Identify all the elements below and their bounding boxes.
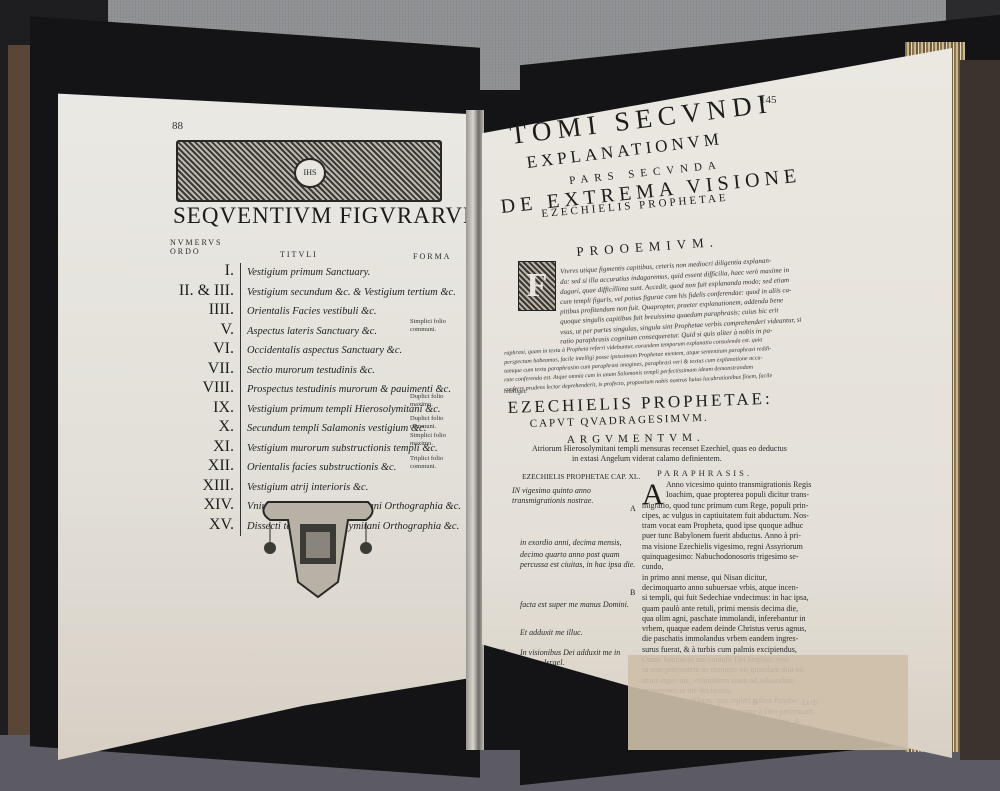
side-marker-a: A xyxy=(630,504,636,513)
ihs-emblem-icon: IHS xyxy=(294,158,326,188)
ornamental-headpiece: IHS xyxy=(176,140,442,202)
text-verse: facta est super me manus Domini. xyxy=(520,600,640,610)
form-note: Triplici folio communi. xyxy=(410,455,456,471)
paraphrasis-title: PARAPHRASIS. xyxy=(657,468,752,478)
right-page: 145 TOMI SECVNDI EXPLANATIONVM PARS SECV… xyxy=(482,48,952,758)
prooemium-title: PROOEMIVM. xyxy=(576,234,719,260)
form-note: Simplici folio maximo. xyxy=(410,432,456,448)
book-gutter xyxy=(466,110,484,750)
figures-table-title: SEQVENTIVM FIGVRARVM xyxy=(173,203,468,229)
text-verse: decimo quarto anno post quam percussa es… xyxy=(520,550,640,571)
column-header-number: NVMERVS ORDO xyxy=(170,238,230,256)
text-verse: Et adduxit me illuc. xyxy=(520,628,640,638)
side-marker-b: B xyxy=(630,588,635,597)
book-cover-edge xyxy=(960,60,1000,760)
form-note: Duplici folio communi. xyxy=(410,415,456,431)
text-column-header: EZECHIELIS PROPHETAE CAP. XL. xyxy=(522,472,640,482)
argumentum-line: in extasi Angelum viderat calamo definie… xyxy=(572,454,722,464)
text-verse: IN vigesimo quinto anno transmigrationis… xyxy=(512,486,632,507)
left-page: 88 IHS SEQVENTIVM FIGVRARVM NVMERVS ORDO… xyxy=(58,80,468,760)
left-page-number: 88 xyxy=(172,120,183,132)
table-row: II. & III.Vestigium secundum &c. & Vesti… xyxy=(166,282,466,302)
table-row: I.Vestigium primum Sanctuary. xyxy=(166,262,466,282)
paper-stain xyxy=(628,655,908,750)
column-header-form: FORMA xyxy=(413,252,451,261)
prooemium-line: intelliget. xyxy=(504,389,527,395)
drop-cap-initial: F xyxy=(518,261,556,311)
ornamental-vignette-icon xyxy=(258,492,378,600)
column-header-title: TITVLI xyxy=(280,250,318,259)
text-verse: in exordio anni, decima mensis, xyxy=(520,538,640,548)
form-note: Simplici folio communi. xyxy=(410,318,456,334)
form-note: Duplici folio maximo. xyxy=(410,393,456,409)
table-row: VII.Sectio murorum testudinis &c. xyxy=(166,360,466,380)
argumentum-line: Atriorum Hierosolymitani templi mensuras… xyxy=(532,444,787,454)
table-row: VI.Occidentalis aspectus Sanctuary &c. xyxy=(166,340,466,360)
